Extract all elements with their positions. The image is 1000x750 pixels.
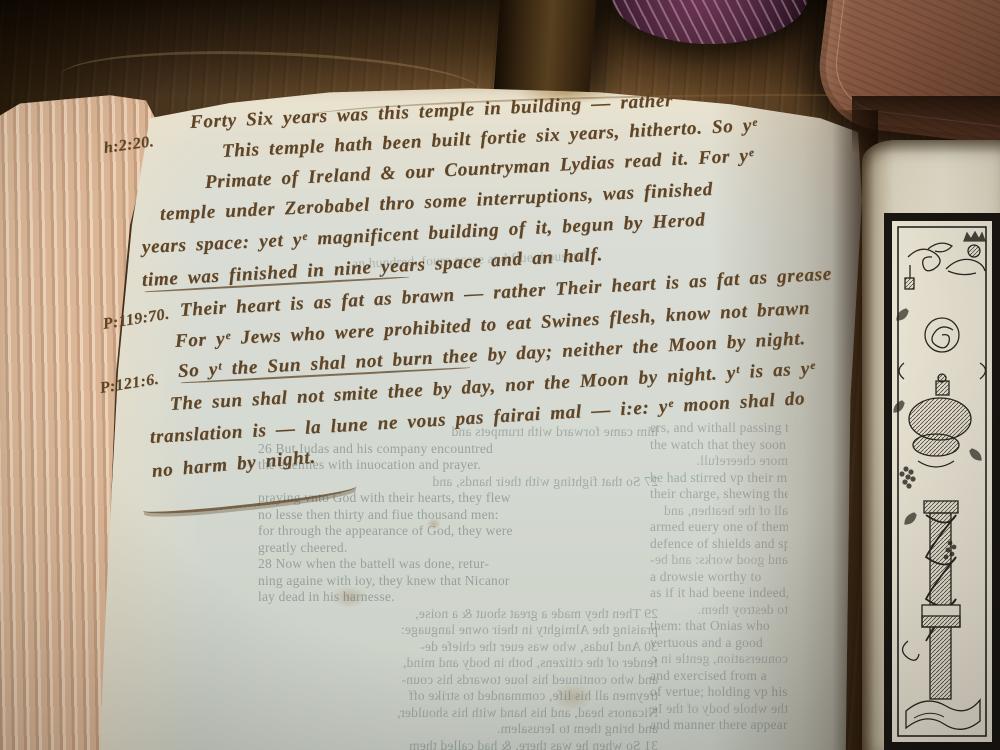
printed-verse-line: the enemies with inuocation and prayer. — [258, 457, 658, 474]
printed-verse-line: armed euery one of them not — [650, 519, 788, 536]
printed-verse-line: to destroy them. — [650, 602, 788, 619]
right-page-top-shadow — [852, 96, 1000, 154]
printed-verse-line: and manner there appeared — [650, 717, 788, 734]
printed-verse-line: their charge, shewing them — [650, 486, 788, 503]
printed-verse-line: vertuous and a good — [650, 635, 788, 652]
printed-verse-line: of vertue; holding vp his — [650, 684, 788, 701]
printed-verse-line: more cheerefull. — [650, 453, 788, 470]
printed-right-column: ers, and withall passing themthe watch t… — [650, 420, 788, 734]
printed-verse-line: ning againe with ioy, they knew that Nic… — [258, 573, 658, 590]
printed-verse-line: 28 Now when the battell was done, retur- — [258, 556, 658, 573]
printed-verse-line: fender of the citizens, both in body and… — [258, 655, 658, 672]
printed-verse-line: a drowsie worthy to — [650, 569, 788, 586]
printed-verse-line: lay dead in his harnesse. — [258, 589, 658, 606]
printed-verse-line: for through the appearance of God, they … — [258, 523, 658, 540]
printed-verse-line: conuersation, gentle in con- — [650, 651, 788, 668]
printed-verse-line: 26 But Iudas and his company encountred — [258, 441, 658, 458]
printed-verse-line: treymen all his life, commanded to strik… — [258, 688, 658, 705]
printed-verse-line: praising the Almighty in their owne lang… — [258, 622, 658, 639]
printed-verse-line: the whole body of the Iewes, — [650, 701, 788, 718]
printed-main-column: him came forward with trumpets and26 But… — [258, 424, 658, 750]
printed-verse-line: and exercised from a — [650, 668, 788, 685]
printed-verse-line: as if it had beene indeed, — [650, 585, 788, 602]
printed-verse-line: and bring them to Ierusalem. — [258, 721, 658, 738]
wood-post — [494, 0, 597, 94]
printed-verse-line: 31 So when he was there, & had called th… — [258, 738, 658, 750]
printed-verse-line: 29 Then they made a great shout & a nois… — [258, 606, 658, 623]
printed-verse-line: the watch that they soon wore, — [650, 437, 788, 454]
printed-verse-line: he had stirred vp their minds, — [650, 470, 788, 487]
printed-verse-line: all of the heathen, and — [650, 503, 788, 520]
printed-verse-line: ers, and withall passing them — [650, 420, 788, 437]
printed-verse-line: and who continued his loue towards his c… — [258, 672, 658, 689]
printed-verse-line: Nicanors head, and his hand with his sho… — [258, 705, 658, 722]
photograph-of-annotated-bible: an hundred, foure score and fiue thousan… — [0, 0, 1000, 750]
printed-verse-line: and good works: and be- — [650, 552, 788, 569]
printed-verse-line: them: that Onias who — [650, 618, 788, 635]
printed-verse-line: 30 And Iudas, who was euer the chiefe de… — [258, 639, 658, 656]
printed-verse-line: no lesse then thirty and fiue thousand m… — [258, 507, 658, 524]
woodcut-border-engraving — [884, 213, 1000, 750]
printed-verse-line: defence of shields and speares, — [650, 536, 788, 553]
printed-verse-line: greatly cheered. — [258, 540, 658, 557]
